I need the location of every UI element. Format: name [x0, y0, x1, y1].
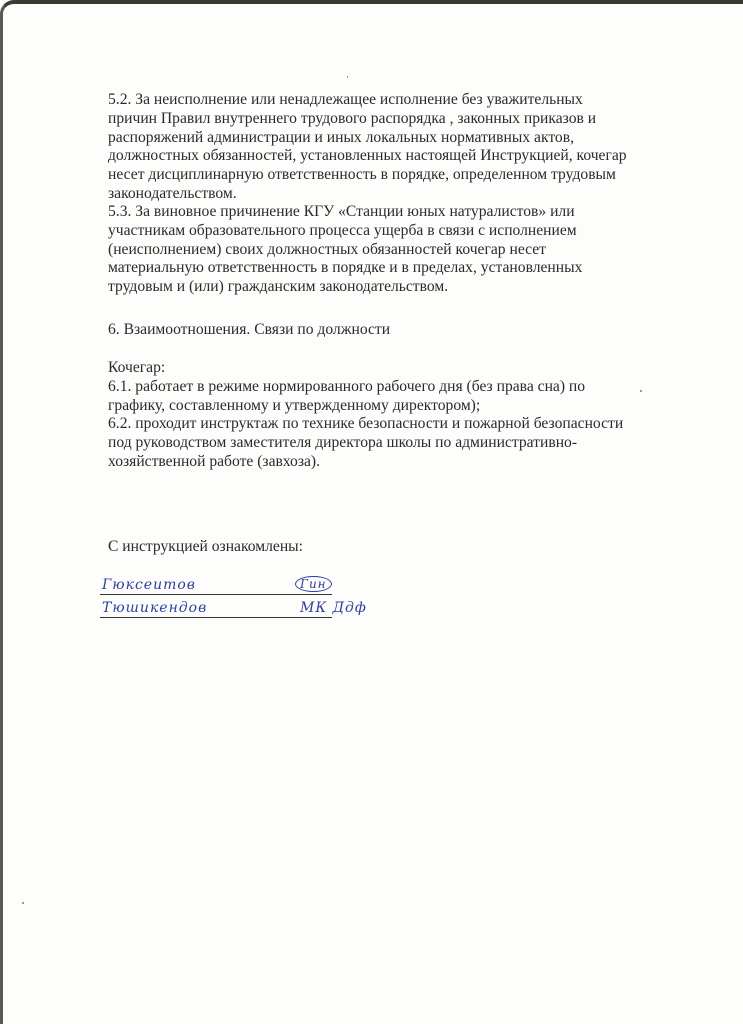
section-6-body: Кочегар: 6.1. работает в режиме нормиров… [108, 359, 708, 472]
text-line: 6.1. работает в режиме нормированного ра… [108, 378, 708, 397]
handwritten-name: Тюшикендов [102, 600, 207, 616]
scanned-page: 5.2. За неисполнение или ненадлежащее ис… [0, 0, 743, 1024]
signature-row: Тюшикендов МК Ддф [100, 595, 332, 618]
text-line: графику, составленному и утвержденному д… [108, 397, 708, 416]
text-line: несет дисциплинарную ответственность в п… [108, 166, 708, 185]
text-line: (неисполнением) своих должностных обязан… [108, 241, 708, 260]
handwritten-signature: МК Ддф [300, 600, 370, 616]
text-line: под руководством заместителя директора ш… [108, 434, 708, 453]
text-line: Кочегар: [108, 359, 708, 378]
section-6-heading: 6. Взаимоотношения. Связи по должности [108, 321, 708, 340]
acknowledgement-label: С инструкцией ознакомлены: [108, 538, 708, 557]
text-line: материальную ответственность в порядке и… [108, 259, 708, 278]
scan-speck [22, 902, 24, 904]
text-line: 6.2. проходит инструктаж по технике безо… [108, 415, 708, 434]
scan-speck [347, 76, 348, 78]
text-line: причин Правил внутреннего трудового расп… [108, 110, 708, 129]
handwritten-signature: Гин [295, 576, 332, 592]
text-line: 5.3. За виновное причинение КГУ «Станции… [108, 203, 708, 222]
text-line: должностных обязанностей, установленных … [108, 147, 708, 166]
text-line: распоряжений администрации и иных локаль… [108, 129, 708, 148]
text-line: 5.2. За неисполнение или ненадлежащее ис… [108, 91, 708, 110]
text-line: хозяйственной работе (завхоза). [108, 453, 708, 472]
section-5-2: 5.2. За неисполнение или ненадлежащее ис… [108, 91, 708, 204]
acknowledgement-label-block: С инструкцией ознакомлены: [108, 538, 708, 557]
text-line: трудовым и (или) гражданским законодател… [108, 278, 708, 297]
text-line: законодательством. [108, 185, 708, 204]
section-5-3: 5.3. За виновное причинение КГУ «Станции… [108, 203, 708, 297]
signature-row: Гюксеитов Гин [100, 572, 332, 595]
scan-speck [640, 390, 642, 392]
text-line: участникам образовательного процесса уще… [108, 222, 708, 241]
handwritten-name: Гюксеитов [102, 577, 196, 593]
section-title: 6. Взаимоотношения. Связи по должности [108, 321, 708, 340]
